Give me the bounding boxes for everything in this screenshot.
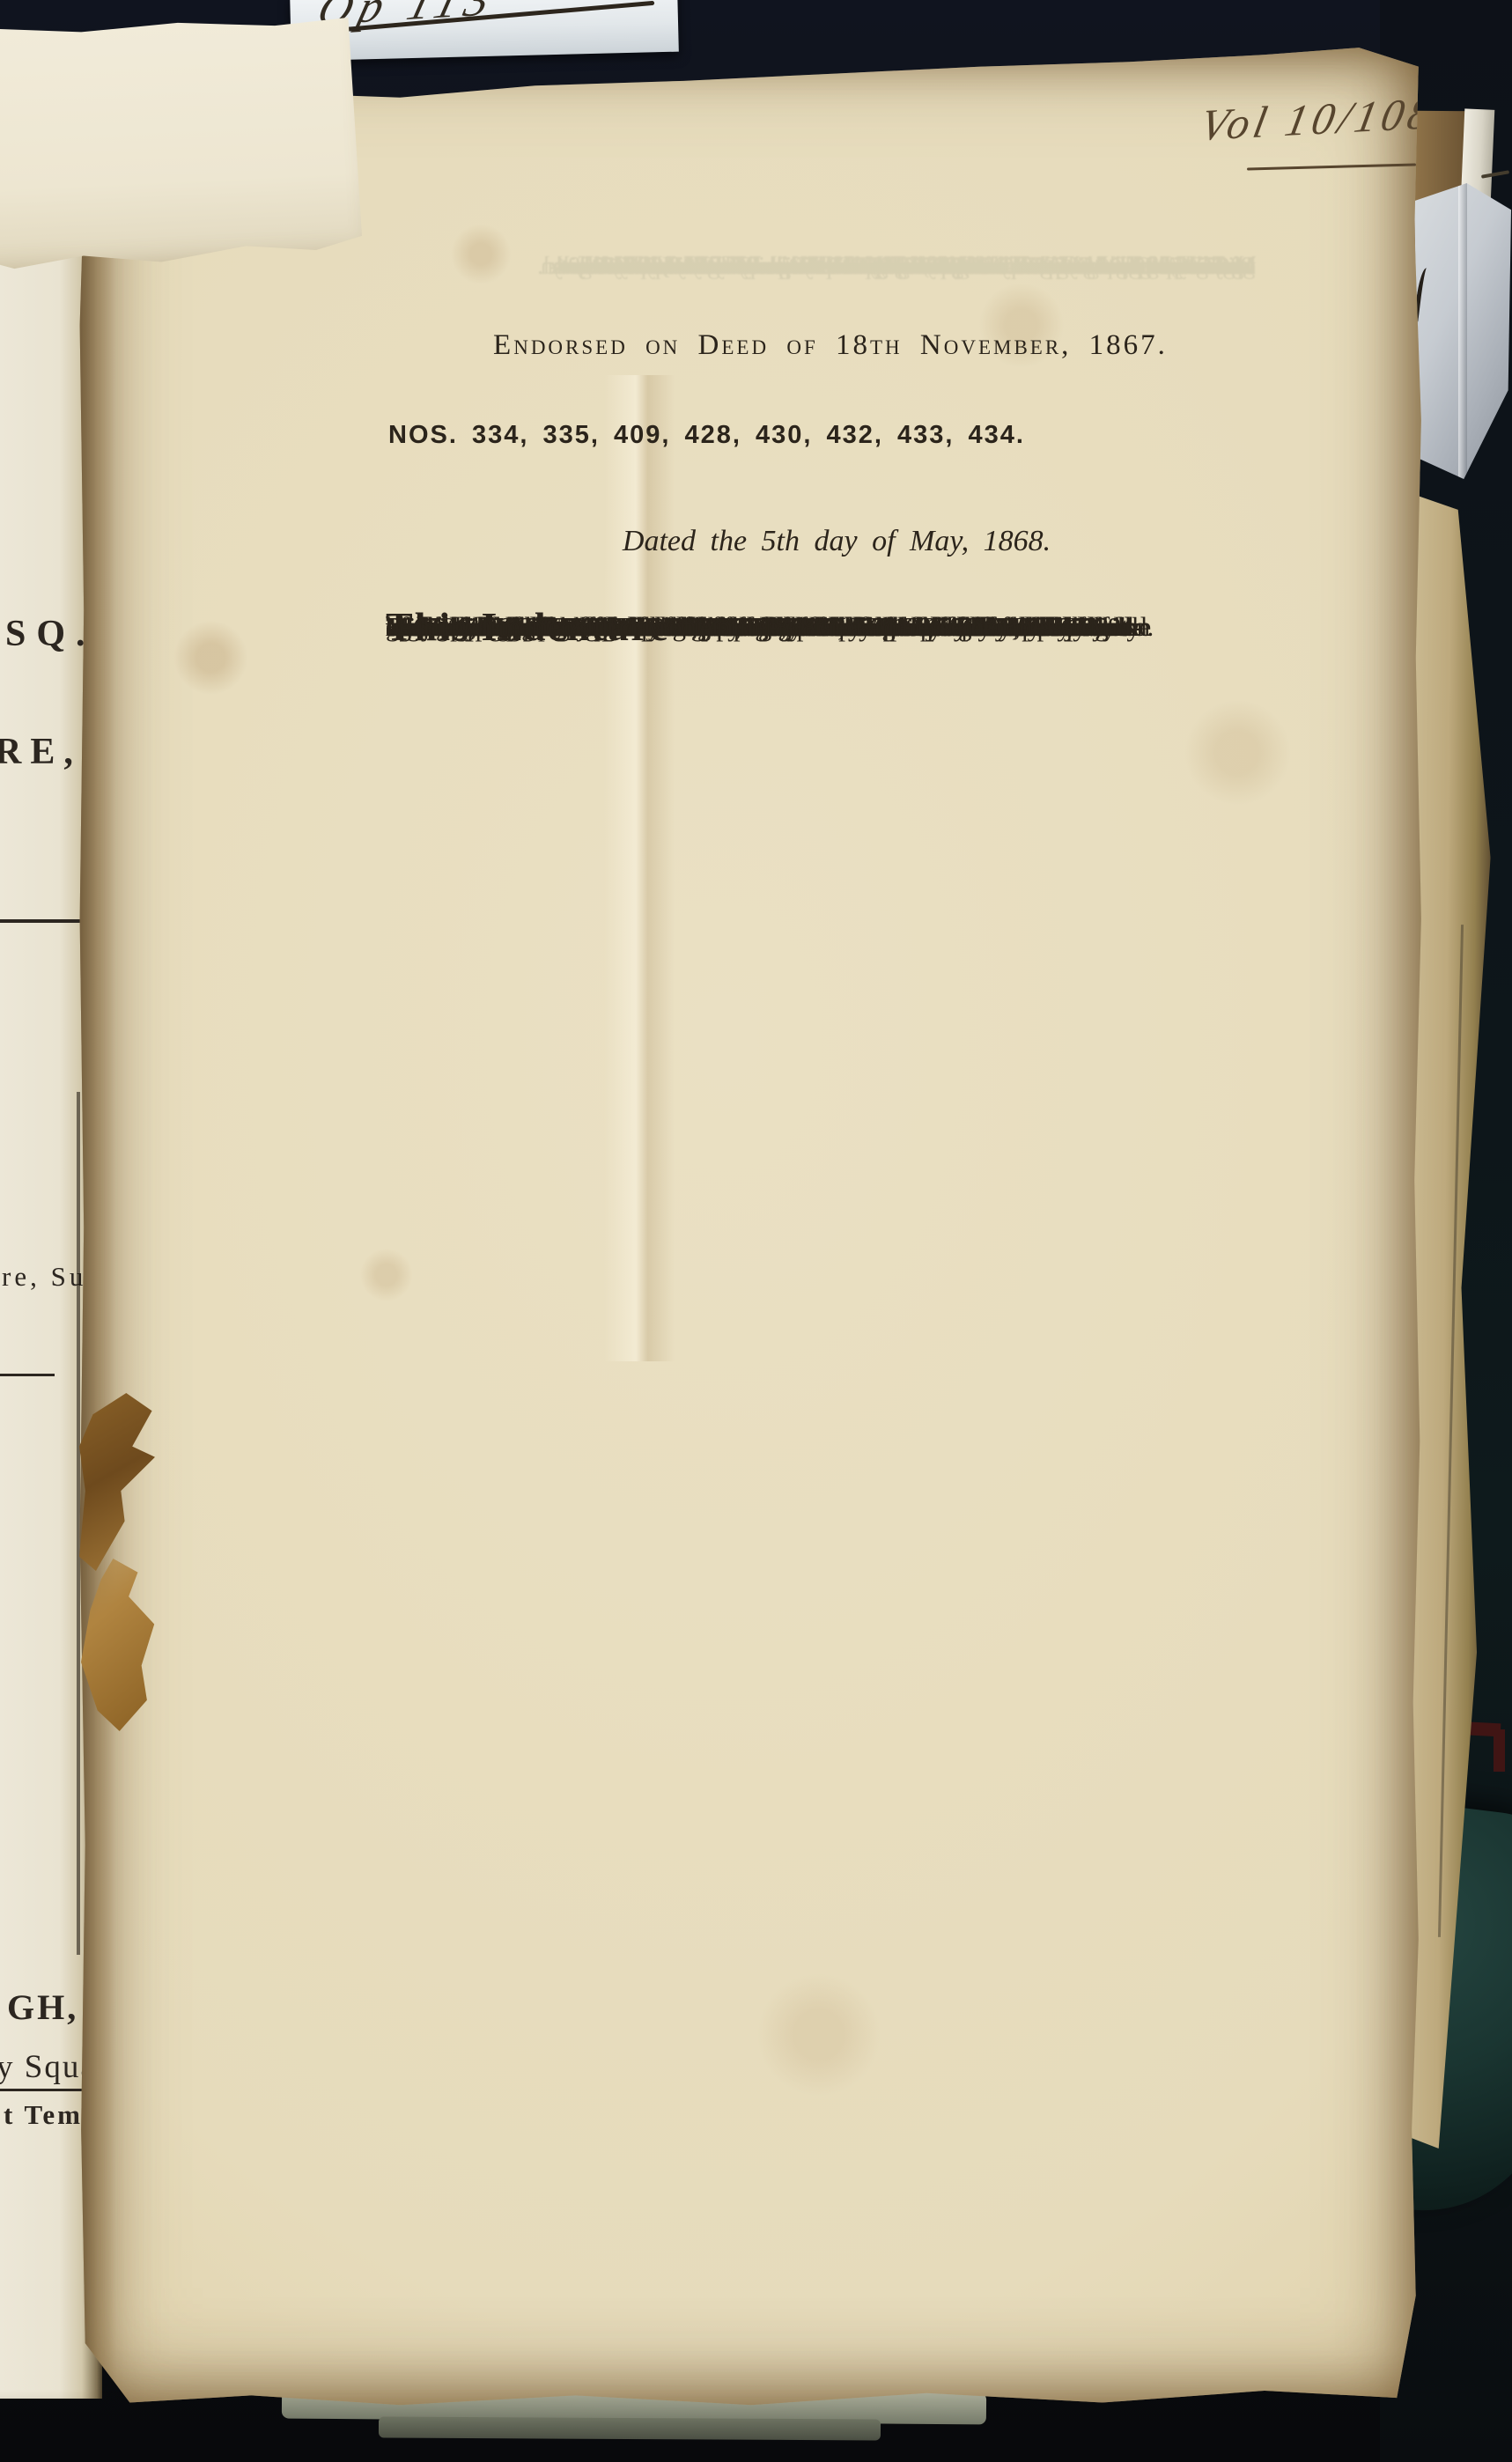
printed-rule [0,1374,55,1376]
left-page-fragment: RE, [0,731,82,773]
case-numbers: NOS. 334, 335, 409, 428, 430, 432, 433, … [388,421,1025,450]
paper-scrap-overlay [0,12,363,273]
dateline: Dated the 5th day of May, 1868. [572,525,1101,558]
book-scan: 15 Op 113 SQ., RE, re, Sus GH, y Square … [0,0,1512,2462]
fold-crease [1458,183,1467,479]
endorsement-header: Endorsed on Deed of 18th November, 1867. [390,329,1271,362]
left-page-fragment: GH, [7,1987,78,2028]
printed-rule [0,919,88,923]
annotation-underline [1247,163,1416,170]
bleedthrough-line: Russell entered into a bond bearing date… [568,227,1256,306]
deed-endorsement-page: in the month of June 1866 separate actio… [76,41,1427,2414]
gutter-shadow-line [77,1092,80,1955]
body-line: bearing date the 24th day of April 1868 … [386,608,1095,645]
printed-rule [0,2089,86,2091]
bottom-page-edge [379,2417,881,2441]
binding-emboss-mark [1494,1729,1505,1772]
